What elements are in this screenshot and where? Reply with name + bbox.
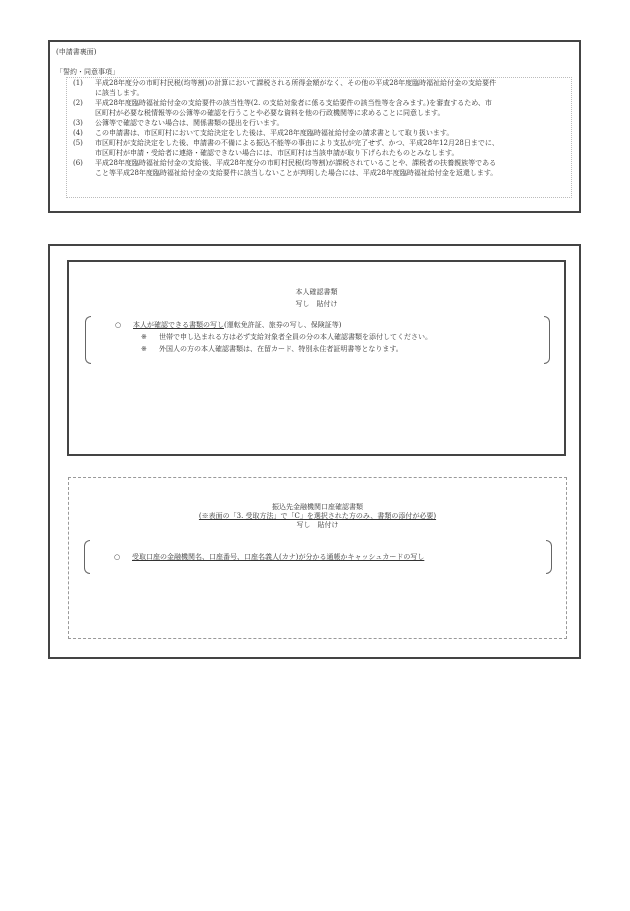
item-text: 市区町村が支給決定をした後、申請書の不備による振込不能等の事由により支払が完了せ… [95,139,499,147]
reference-mark-icon: ※ [141,344,159,354]
consent-card: (申請書裏面) 「誓約・同意事項」 (1)平成28年度分の市町村民税(均等割)の… [48,40,581,213]
bank-docs-box: 振込先金融機関口座確認書類 (※表面の「3. 受取方法」で「C」を選択された方の… [68,477,567,639]
identity-docs-bullet: ○本人が確認できる書類の写し(運転免許証、旅券の写し、保険証等) [115,320,341,330]
bracket-left [85,316,91,364]
item-text: 平成28年度臨時福祉給付金の支給後、平成28年度分の市町村民税(均等割)が課税さ… [95,159,496,167]
note-text: 外国人の方の本人確認書類は、在留カード、特別永住者証明書等となります。 [159,345,403,353]
consent-item-4: (4)この申請書は、市区町村において支給決定をした後は、平成28年度臨時福祉給付… [73,128,453,138]
consent-item-5: (5)市区町村が支給決定をした後、申請書の不備による振込不能等の事由により支払が… [73,138,499,148]
item-text: 公簿等で確認できない場合は、関係書類の提出を行います。 [95,119,283,127]
consent-title: 「誓約・同意事項」 [56,67,119,77]
item-number: (5) [73,138,95,148]
item-text: この申請書は、市区町村において支給決定をした後は、平成28年度臨時福祉給付金の請… [95,129,453,137]
item-number: (6) [73,158,95,168]
consent-item-3: (3)公簿等で確認できない場合は、関係書類の提出を行います。 [73,118,283,128]
consent-item-2: (2)平成28年度臨時福祉給付金の支給要件の該当性等(2. の支給対象者に係る支… [73,98,492,108]
item-text-cont: 市区町村が申請・受給者に連絡・確認できない場合には、市区町村は当該申請が取り下げ… [95,148,458,158]
bullet-rest: (運転免許証、旅券の写し、保険証等) [224,321,341,329]
item-number: (2) [73,98,95,108]
item-number: (1) [73,78,95,88]
item-text-cont: 区町村が必要な税情報等の公簿等の確認を行うことや必要な資料を他の行政機関等に求め… [95,108,444,118]
note-text: 世帯で申し込まれる方は必ず支給対象者全員の分の本人確認書類を添付してください。 [159,333,432,341]
bank-docs-condition: (※表面の「3. 受取方法」で「C」を選択された方のみ、書類の添付が必要) [199,512,436,520]
item-number: (4) [73,128,95,138]
bank-docs-subtitle: 写し 貼付け [69,520,566,530]
identity-docs-title: 本人確認書類 [69,287,564,297]
reference-mark-icon: ※ [141,332,159,342]
item-number: (3) [73,118,95,128]
circle-bullet-icon: ○ [114,552,132,562]
consent-item-6: (6)平成28年度臨時福祉給付金の支給後、平成28年度分の市町村民税(均等割)が… [73,158,496,168]
consent-terms-box: (1)平成28年度分の市町村民税(均等割)の計算において課税される所得金額がなく… [66,77,572,198]
identity-docs-subtitle: 写し 貼付け [69,299,564,309]
bullet-text: 受取口座の金融機関名、口座番号、口座名義人(カナ)が分かる通帳かキャッシュカード… [132,553,424,561]
identity-docs-box: 本人確認書類 写し 貼付け ○本人が確認できる書類の写し(運転免許証、旅券の写し… [67,260,566,456]
bracket-right [544,316,550,364]
identity-note-1: ※世帯で申し込まれる方は必ず支給対象者全員の分の本人確認書類を添付してください。 [141,332,432,342]
consent-item-1: (1)平成28年度分の市町村民税(均等割)の計算において課税される所得金額がなく… [73,78,496,88]
bullet-underlined: 本人が確認できる書類の写し [133,321,224,329]
page-header: (申請書裏面) [56,47,96,57]
item-text: 平成28年度分の市町村民税(均等割)の計算において課税される所得金額がなく、その… [95,79,496,87]
bank-docs-bullet: ○受取口座の金融機関名、口座番号、口座名義人(カナ)が分かる通帳かキャッシュカー… [114,552,424,562]
item-text: 平成28年度臨時福祉給付金の支給要件の該当性等(2. の支給対象者に係る支給要件… [95,99,492,107]
bracket-left [84,540,90,574]
item-text-cont: こと等平成28年度臨時福祉給付金の支給要件に該当しないことが判明した場合には、平… [95,168,497,178]
attachment-card: 本人確認書類 写し 貼付け ○本人が確認できる書類の写し(運転免許証、旅券の写し… [48,244,581,659]
item-text-cont: に該当します。 [95,88,143,98]
identity-note-2: ※外国人の方の本人確認書類は、在留カード、特別永住者証明書等となります。 [141,344,403,354]
circle-bullet-icon: ○ [115,320,133,330]
bracket-right [546,540,552,574]
